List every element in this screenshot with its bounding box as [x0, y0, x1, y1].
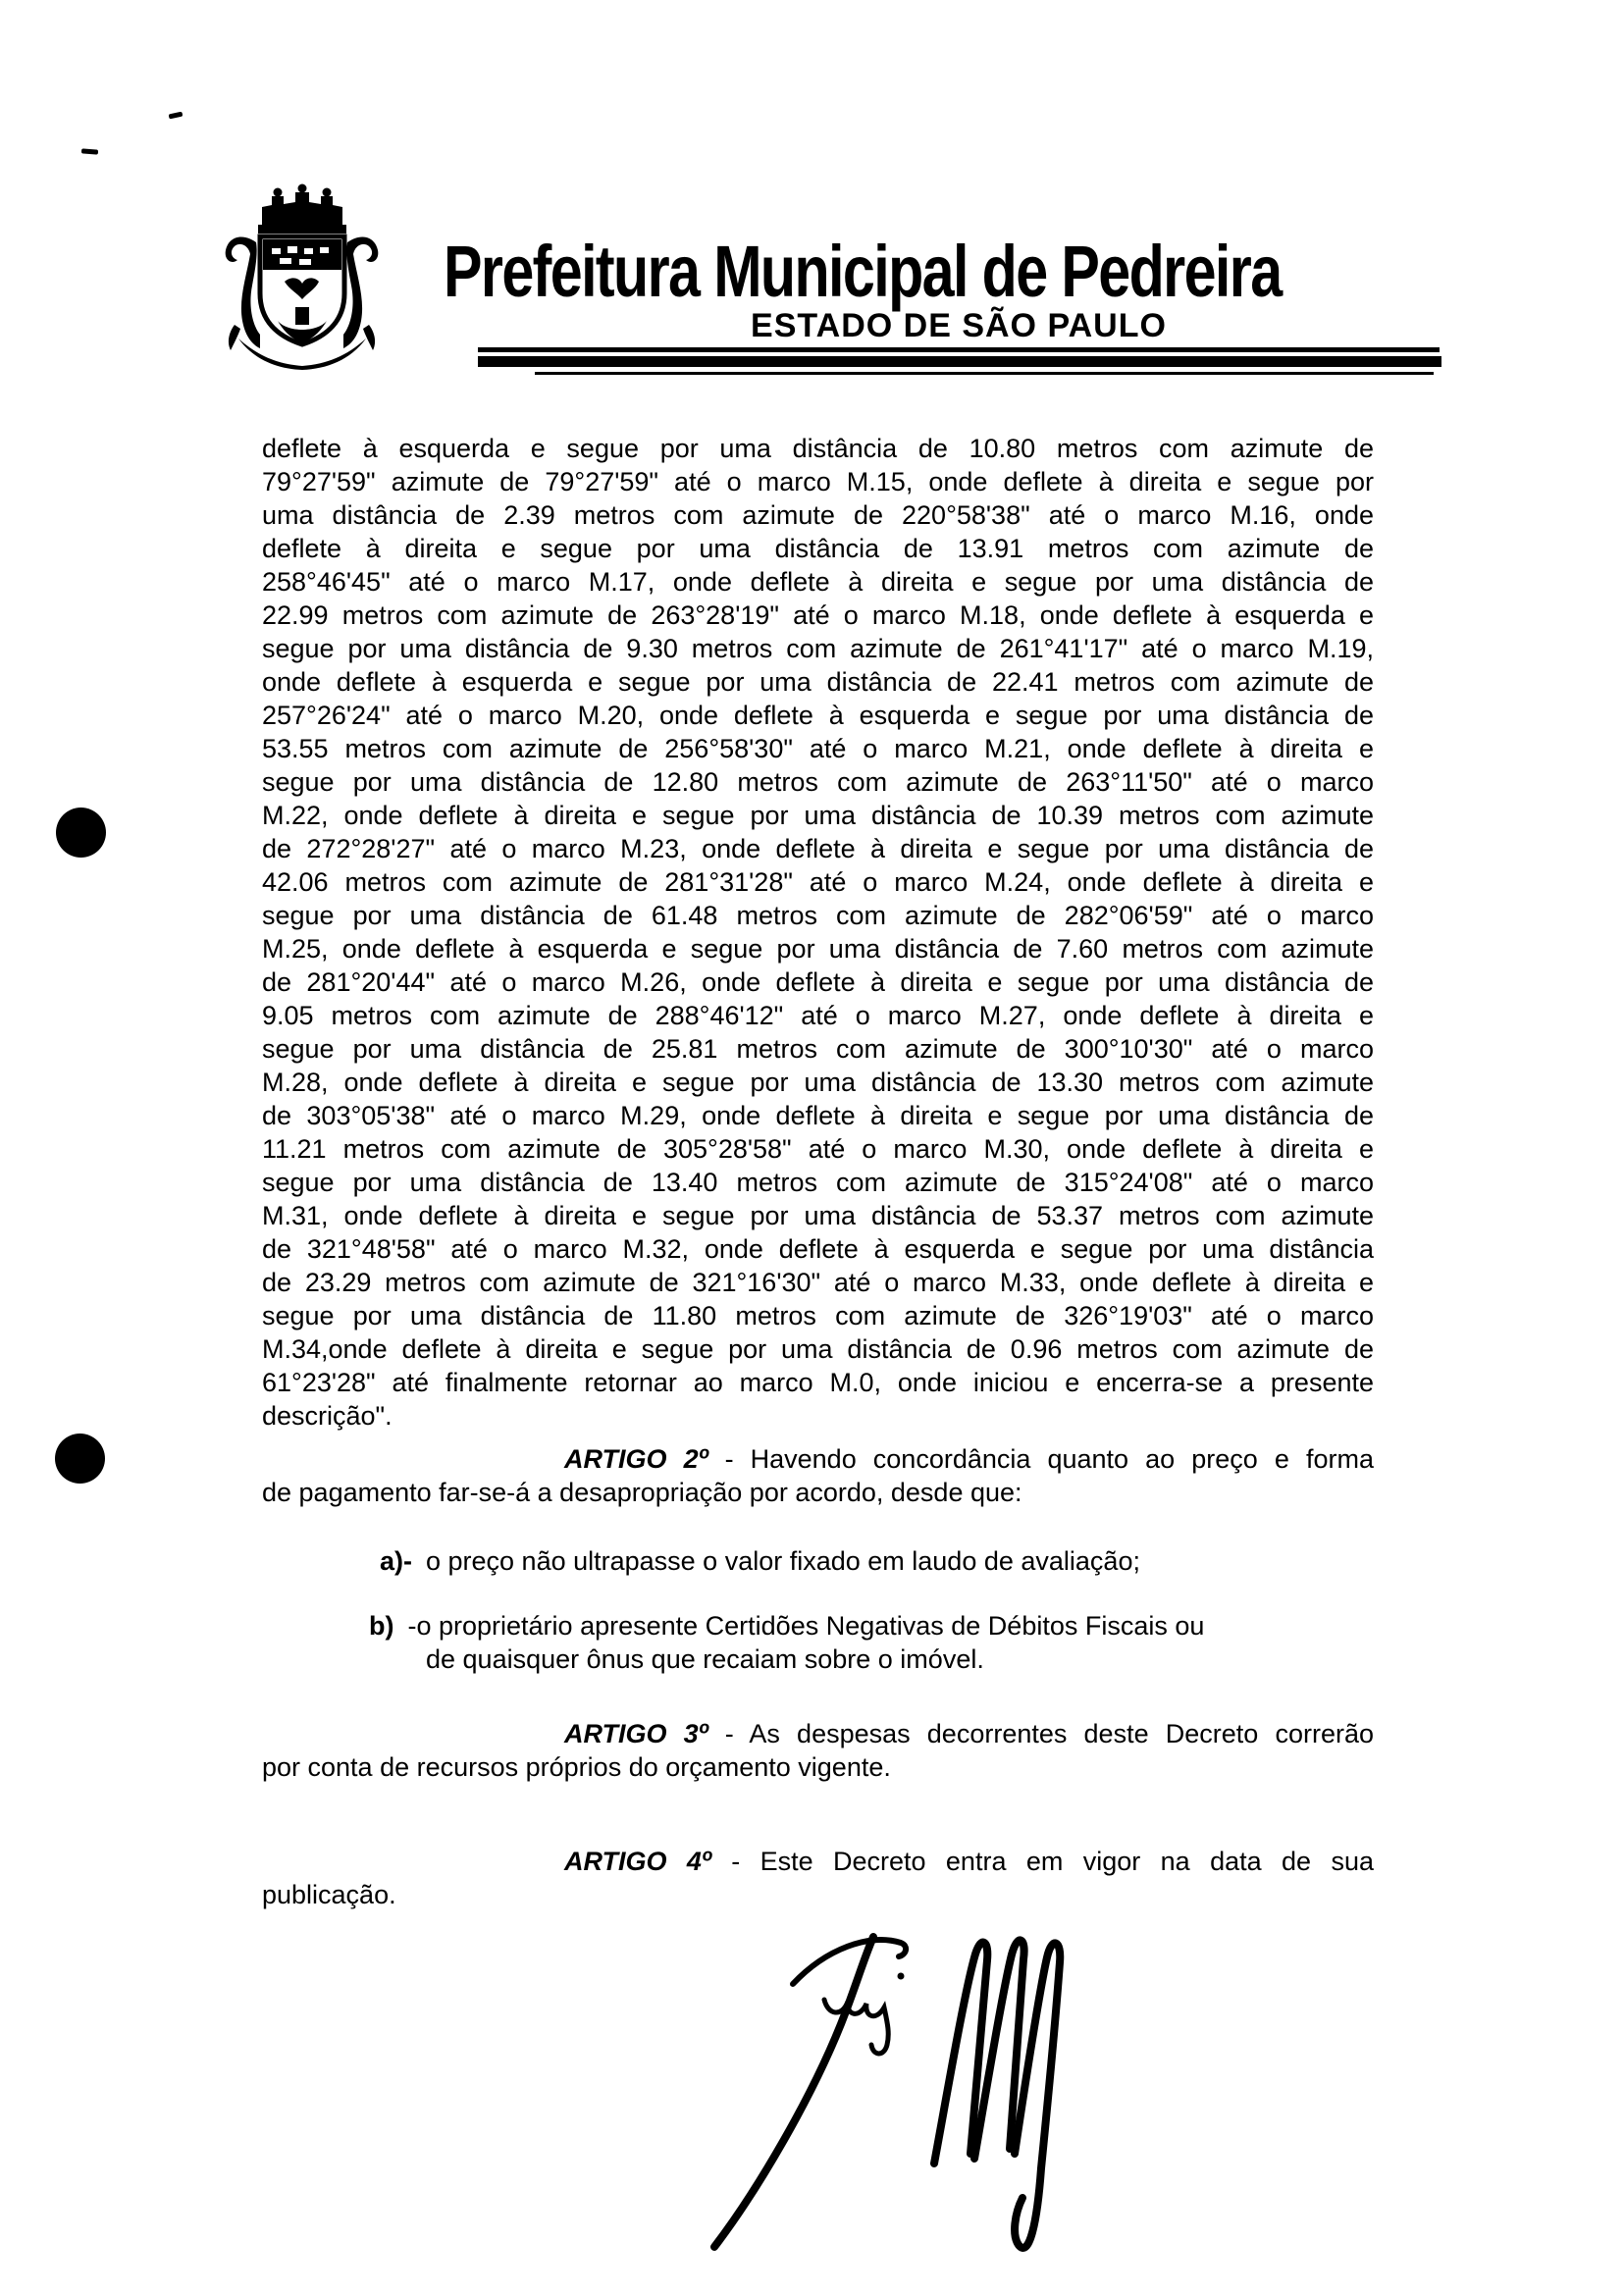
artigo-3-text: - As despesas decorrentes deste Decreto …	[725, 1719, 1374, 1748]
deed-description-line: 53.55 metros com azimute de 256°58'30" a…	[262, 732, 1374, 765]
deed-description-line: uma distância de 2.39 metros com azimute…	[262, 498, 1374, 532]
coat-of-arms-logo	[201, 182, 402, 376]
artigo-2-label: ARTIGO 2º	[564, 1444, 707, 1474]
deed-description-line: 79°27'59" azimute de 79°27'59" até o mar…	[262, 465, 1374, 498]
scan-speck	[81, 148, 98, 154]
artigo-4: ARTIGO 4º - Este Decreto entra em vigor …	[262, 1845, 1374, 1911]
scanned-decree-page: Prefeitura Municipal de Pedreira ESTADO …	[0, 0, 1624, 2294]
item-b-line1: b)-o proprietário apresente Certidões Ne…	[262, 1609, 1374, 1642]
item-a-label: a)-	[380, 1546, 412, 1576]
deed-description-line: M.25, onde deflete à esquerda e segue po…	[262, 932, 1374, 965]
signature	[677, 1913, 1099, 2286]
deed-description-line: 258°46'45" até o marco M.17, onde deflet…	[262, 565, 1374, 599]
deed-description-line: onde deflete à esquerda e segue por uma …	[262, 665, 1374, 699]
deed-description-line: M.28, onde deflete à direita e segue por…	[262, 1066, 1374, 1099]
decree-body: deflete à esquerda e segue por uma distâ…	[262, 432, 1374, 1911]
deed-description-line: de 272°28'27" até o marco M.23, onde def…	[262, 832, 1374, 865]
artigo-3-line1: ARTIGO 3º - As despesas decorrentes dest…	[262, 1717, 1374, 1750]
deed-description-line: 42.06 metros com azimute de 281°31'28" a…	[262, 865, 1374, 899]
hole-punch-dot	[56, 808, 106, 858]
item-b-label: b)	[369, 1611, 393, 1641]
deed-description-line: 9.05 metros com azimute de 288°46'12" at…	[262, 999, 1374, 1032]
item-b-text: -o proprietário apresente Certidões Nega…	[407, 1611, 1204, 1641]
header-rule-thin	[535, 372, 1434, 375]
deed-description-line: segue por uma distância de 61.48 metros …	[262, 899, 1374, 932]
header-rule-thick	[478, 356, 1441, 367]
deed-description-line: de 303°05'38" até o marco M.29, onde def…	[262, 1099, 1374, 1132]
deed-description: deflete à esquerda e segue por uma distâ…	[262, 432, 1374, 1433]
item-a: a)-o preço não ultrapasse o valor fixado…	[262, 1544, 1374, 1578]
artigo-3-line2: por conta de recursos próprios do orçame…	[262, 1750, 1374, 1784]
artigo-3: ARTIGO 3º - As despesas decorrentes dest…	[262, 1717, 1374, 1784]
deed-description-line: de 281°20'44" até o marco M.26, onde def…	[262, 965, 1374, 999]
deed-description-line: 61°23'28" até finalmente retornar ao mar…	[262, 1366, 1374, 1399]
deed-description-line: descrição".	[262, 1399, 1374, 1433]
page-subtitle: ESTADO DE SÃO PAULO	[478, 307, 1440, 352]
deed-description-line: de 321°48'58" até o marco M.32, onde def…	[262, 1232, 1374, 1266]
deed-description-line: 257°26'24" até o marco M.20, onde deflet…	[262, 699, 1374, 732]
deed-description-line: segue por uma distância de 25.81 metros …	[262, 1032, 1374, 1066]
artigo-2: ARTIGO 2º - Havendo concordância quanto …	[262, 1442, 1374, 1509]
artigo-2-line1: ARTIGO 2º - Havendo concordância quanto …	[262, 1442, 1374, 1476]
deed-description-line: segue por uma distância de 12.80 metros …	[262, 765, 1374, 799]
deed-description-line: segue por uma distância de 11.80 metros …	[262, 1299, 1374, 1332]
page-title: Prefeitura Municipal de Pedreira	[444, 230, 1282, 313]
artigo-4-line1: ARTIGO 4º - Este Decreto entra em vigor …	[262, 1845, 1374, 1878]
deed-description-line: segue por uma distância de 13.40 metros …	[262, 1166, 1374, 1199]
deed-description-line: segue por uma distância de 9.30 metros c…	[262, 632, 1374, 665]
handwritten-signature-icon	[677, 1913, 1099, 2281]
artigo-3-label: ARTIGO 3º	[564, 1719, 708, 1748]
artigo-2-line2: de pagamento far-se-á a desapropriação p…	[262, 1476, 1374, 1509]
artigo-2-text: - Havendo concordância quanto ao preço e…	[725, 1444, 1374, 1474]
deed-description-line: 22.99 metros com azimute de 263°28'19" a…	[262, 599, 1374, 632]
scan-speck	[169, 112, 183, 120]
artigo-4-line2: publicação.	[262, 1878, 1374, 1911]
hole-punch-dot	[55, 1434, 105, 1484]
deed-description-line: M.22, onde deflete à direita e segue por…	[262, 799, 1374, 832]
item-b-line2: de quaisquer ônus que recaiam sobre o im…	[262, 1642, 1374, 1676]
deed-description-line: M.31, onde deflete à direita e segue por…	[262, 1199, 1374, 1232]
artigo-4-label: ARTIGO 4º	[564, 1847, 711, 1876]
deed-description-line: de 23.29 metros com azimute de 321°16'30…	[262, 1266, 1374, 1299]
coat-of-arms-icon	[201, 182, 402, 371]
item-a-text: o preço não ultrapasse o valor fixado em…	[426, 1546, 1140, 1576]
deed-description-line: deflete à direita e segue por uma distân…	[262, 532, 1374, 565]
deed-description-line: 11.21 metros com azimute de 305°28'58" a…	[262, 1132, 1374, 1166]
deed-description-line: deflete à esquerda e segue por uma distâ…	[262, 432, 1374, 465]
artigo-4-text: - Este Decreto entra em vigor na data de…	[731, 1847, 1374, 1876]
deed-description-line: M.34,onde deflete à direita e segue por …	[262, 1332, 1374, 1366]
item-b: b)-o proprietário apresente Certidões Ne…	[262, 1609, 1374, 1676]
